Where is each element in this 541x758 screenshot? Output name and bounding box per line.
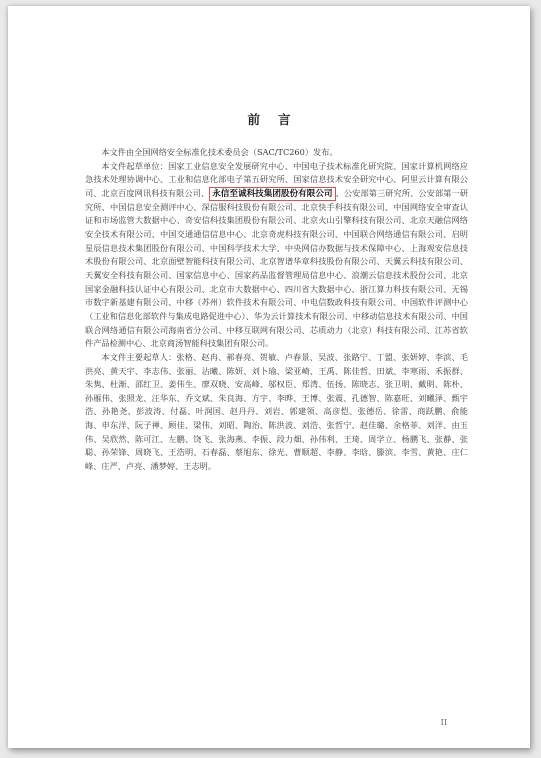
document-body: 本文件由全国网络安全标准化技术委员会（SAC/TC260）发布。 本文件起草单位… xyxy=(85,146,468,474)
highlighted-organization: 永信至诚科技集团股份有限公司 xyxy=(209,187,335,201)
publisher-paragraph: 本文件由全国网络安全标准化技术委员会（SAC/TC260）发布。 xyxy=(85,146,468,160)
drafting-units-text-after: 、公安部第三研究所、公安部第一研究所、中国信息安全测评中心、深信服科技股份有限公… xyxy=(85,188,468,348)
page-title: 前言 xyxy=(8,110,530,128)
drafting-units-paragraph: 本文件起草单位：国家工业信息安全发展研究中心、中国电子技术标准化研究院、国家计算… xyxy=(85,160,468,351)
page-number: II xyxy=(441,718,447,727)
document-page: 前言 本文件由全国网络安全标准化技术委员会（SAC/TC260）发布。 本文件起… xyxy=(8,6,530,748)
drafters-paragraph: 本文件主要起草人：张格、赵冉、郝春亮、贺敏、卢春景、吴波、张路宁、丁盟、张妍婷、… xyxy=(85,351,468,474)
